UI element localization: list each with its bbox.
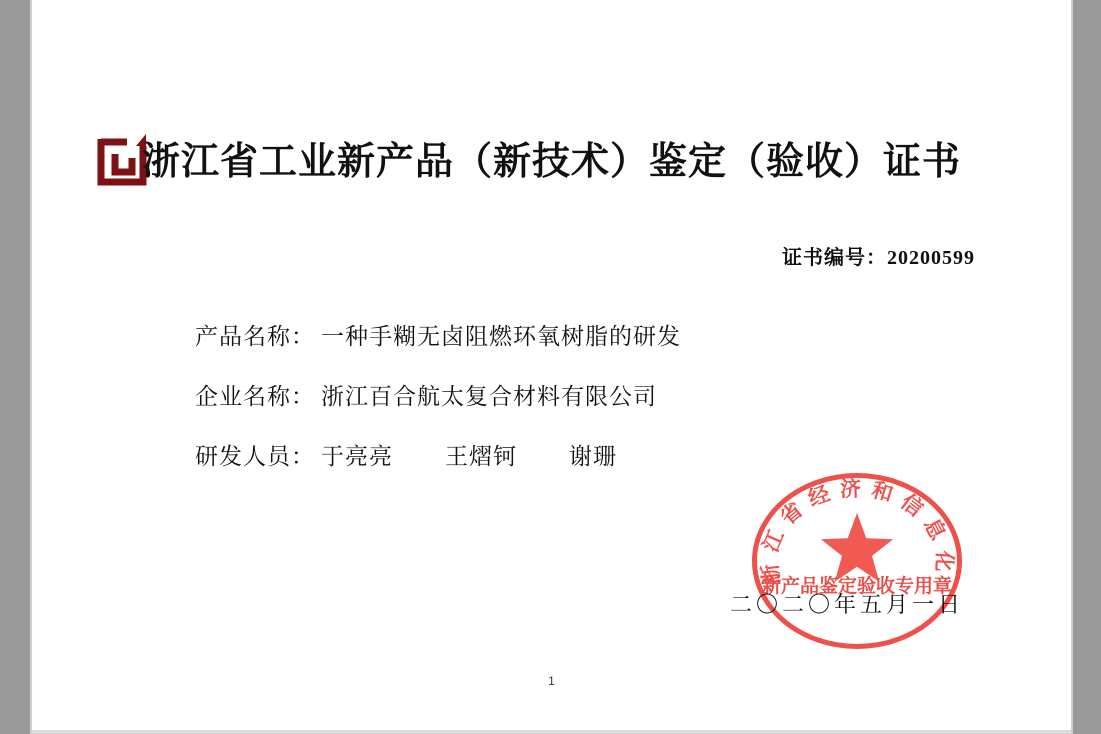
rd-person-3: 谢珊	[569, 444, 617, 469]
field-company-name: 企业名称：浙江百合航太复合材料有限公司	[195, 378, 657, 411]
field-rd-personnel: 研发人员：于亮亮王熠钶谢珊	[195, 438, 617, 471]
seal-arc-text: 浙江省经济和信息化厅	[750, 471, 964, 651]
rd-person-2: 王熠钶	[445, 444, 517, 469]
certificate-number-value: 20200599	[887, 247, 975, 269]
certificate-page: 浙江省工业新产品（新技术）鉴定（验收）证书 证书编号：20200599 产品名称…	[32, 0, 1071, 730]
page-number: 1	[32, 674, 1071, 688]
rd-person-1: 于亮亮	[321, 444, 393, 469]
official-seal-stamp: 浙江省经济和信息化厅 新产品鉴定验收专用章	[750, 471, 964, 651]
certificate-title: 浙江省工业新产品（新技术）鉴定（验收）证书	[32, 130, 1071, 185]
rd-personnel-label: 研发人员：	[195, 444, 315, 469]
viewer-gutter-right	[1071, 0, 1101, 734]
seal-bottom-text: 新产品鉴定验收专用章	[750, 571, 964, 598]
company-name-label: 企业名称：	[195, 384, 315, 409]
viewer-gutter-bottom	[32, 730, 1071, 734]
product-name-value: 一种手糊无卤阻燃环氧树脂的研发	[321, 324, 681, 349]
field-product-name: 产品名称：一种手糊无卤阻燃环氧树脂的研发	[195, 318, 681, 351]
document-viewer: 浙江省工业新产品（新技术）鉴定（验收）证书 证书编号：20200599 产品名称…	[0, 0, 1101, 734]
viewer-gutter-left	[0, 0, 32, 734]
company-name-value: 浙江百合航太复合材料有限公司	[321, 384, 657, 409]
certificate-number-label: 证书编号：	[782, 247, 887, 269]
product-name-label: 产品名称：	[195, 324, 315, 349]
certificate-number: 证书编号：20200599	[782, 241, 975, 270]
